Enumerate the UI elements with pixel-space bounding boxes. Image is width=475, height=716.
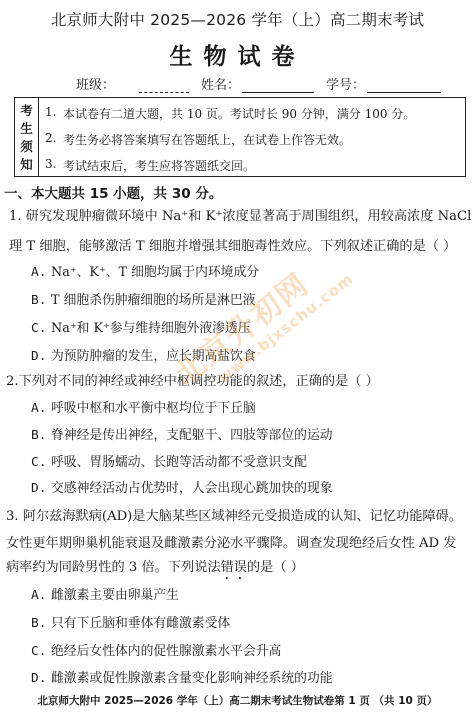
notice-item: 2. 考生务必将答案填写在答题纸上，在试卷上作答无效。 [45,131,465,148]
option-text: 绝经后女性体内的促性腺激素水平会升高 [51,644,281,659]
option-text: 呼吸、胃肠蠕动、长跑等活动都不受意识支配 [51,455,307,470]
emphasized-word: 错误 [221,560,247,575]
option-text: 为预防肿瘤的发生，应长期高盐饮食 [51,349,256,364]
option-letter: D. [31,349,51,364]
notice-item: 3. 考试结束后，考生应将答题纸交回。 [45,157,465,174]
paper-title: 生物试卷 [0,38,475,71]
notice-side-char: 须 [20,137,33,155]
site-watermark: 北京升初网 www.bjxschu.com [129,218,381,458]
notice-side-label: 考 生 须 知 [15,98,39,176]
question-1-stem-line: 理 T 细胞，能够激活 T 细胞并增强其细胞毒性效应。下列叙述正确的是（ ） [9,235,456,254]
exam-notice-box: 考 生 须 知 1. 本试卷有二道大题，共 10 页。考试时长 90 分钟，满分… [14,97,466,177]
question-3-stem-line: 女性更年期卵巢机能衰退及雌激素分泌水平骤降。调查发现绝经后女性 AD 发 [6,532,456,551]
question-1-option-d[interactable]: D.为预防肿瘤的发生，应长期高盐饮食 [31,345,256,364]
notice-text: 本试卷有二道大题，共 10 页。考试时长 90 分钟，满分 100 分。 [63,105,415,122]
question-3-option-d[interactable]: D.雌激素或促性腺激素含量变化影响神经系统的功能 [31,667,333,686]
option-text: 雌激素或促性腺激素含量变化影响神经系统的功能 [51,671,333,686]
notice-side-char: 考 [20,101,33,119]
question-2-option-a[interactable]: A.呼吸中枢和水平衡中枢均位于下丘脑 [31,397,256,416]
notice-side-char: 生 [20,119,33,137]
notice-text: 考生务必将答案填写在答题纸上，在试卷上作答无效。 [63,131,351,148]
option-letter: B. [31,616,51,631]
notice-number: 1. [45,105,63,122]
option-text: 雌激素主要由卵巢产生 [51,588,179,603]
question-text: 病率约为同龄男性的 3 倍。下列说法 [6,560,221,575]
question-2-option-b[interactable]: B.脊神经是传出神经，支配躯干、四肢等部位的运动 [31,424,333,443]
school-exam-title: 北京师大附中 2025—2026 学年（上）高二期末考试 [0,8,475,30]
option-text: 脊神经是传出神经，支配躯干、四肢等部位的运动 [51,428,333,443]
question-1-option-c[interactable]: C.Na⁺和 K⁺参与维持细胞外液渗透压 [31,317,251,336]
question-1-option-b[interactable]: B.T 细胞杀伤肿瘤细胞的场所是淋巴液 [31,289,256,308]
option-letter: B. [31,428,51,443]
class-label: 班级： [76,74,115,93]
option-text: Na⁺、K⁺、T 细胞均属于内环境成分 [51,265,259,280]
option-letter: C. [31,644,51,659]
section-heading: 一、本大题共 15 小题，共 30 分。 [4,182,222,202]
option-letter: C. [31,321,51,336]
option-text: 呼吸中枢和水平衡中枢均位于下丘脑 [51,401,256,416]
option-letter: D. [31,671,51,686]
question-2-option-c[interactable]: C.呼吸、胃肠蠕动、长跑等活动都不受意识支配 [31,451,307,470]
notice-text: 考试结束后，考生应将答题纸交回。 [63,157,255,174]
question-3-option-b[interactable]: B.只有下丘脑和垂体有雌激素受体 [31,612,230,631]
question-text: 研究发现肿瘤微环境中 Na⁺和 K⁺浓度显著高于周围组织，用较高浓度 NaCl … [26,209,475,224]
question-number: 2. [6,374,19,389]
exam-page: 北京师大附中 2025—2026 学年（上）高二期末考试 生物试卷 班级： 姓名… [0,0,475,716]
notice-item: 1. 本试卷有二道大题，共 10 页。考试时长 90 分钟，满分 100 分。 [45,105,465,122]
notice-number: 3. [45,157,63,174]
option-letter: D. [31,481,51,496]
question-2-option-d[interactable]: D.交感神经活动占优势时，人会出现心跳加快的现象 [31,477,333,496]
student-id-label: 学号： [326,74,365,93]
page-footer: 北京师大附中 2025—2026 学年（上）高二期末考试生物试卷第 1 页 （共… [0,693,475,708]
student-id-field[interactable] [367,79,441,93]
question-3-option-c[interactable]: C.绝经后女性体内的促性腺激素水平会升高 [31,640,281,659]
question-number: 1. [9,209,22,224]
question-text: 的是（ ） [247,560,304,575]
option-letter: C. [31,455,51,470]
name-field[interactable] [242,79,314,93]
option-text: 交感神经活动占优势时，人会出现心跳加快的现象 [51,481,333,496]
notice-number: 2. [45,131,63,148]
question-3-stem-line: 3. 阿尔兹海默病(AD)是大脑某些区域神经元受损造成的认知、记忆功能障碍。 [6,505,462,524]
option-letter: B. [31,293,51,308]
option-text: 只有下丘脑和垂体有雌激素受体 [51,616,230,631]
name-label: 姓名： [201,74,240,93]
notice-side-char: 知 [20,155,33,173]
option-text: Na⁺和 K⁺参与维持细胞外液渗透压 [51,321,251,336]
option-letter: A. [31,265,51,280]
student-info-row: 班级： 姓名： 学号： [76,74,453,93]
question-2-stem-line: 2.下列对不同的神经或神经中枢调控功能的叙述，正确的是（ ） [6,370,379,389]
question-3-stem-line: 病率约为同龄男性的 3 倍。下列说法错误的是（ ） [6,556,304,583]
option-letter: A. [31,588,51,603]
class-field[interactable] [139,79,189,93]
notice-list: 1. 本试卷有二道大题，共 10 页。考试时长 90 分钟，满分 100 分。 … [45,98,465,180]
question-1-stem-line: 1. 研究发现肿瘤微环境中 Na⁺和 K⁺浓度显著高于周围组织，用较高浓度 Na… [9,205,475,224]
question-1-option-a[interactable]: A.Na⁺、K⁺、T 细胞均属于内环境成分 [31,261,259,280]
question-3-option-a[interactable]: A.雌激素主要由卵巢产生 [31,584,179,603]
option-text: T 细胞杀伤肿瘤细胞的场所是淋巴液 [51,293,256,308]
question-number: 3. [6,509,19,524]
question-text: 阿尔兹海默病(AD)是大脑某些区域神经元受损造成的认知、记忆功能障碍。 [23,509,462,524]
option-letter: A. [31,401,51,416]
question-text: 下列对不同的神经或神经中枢调控功能的叙述，正确的是（ ） [19,374,379,389]
